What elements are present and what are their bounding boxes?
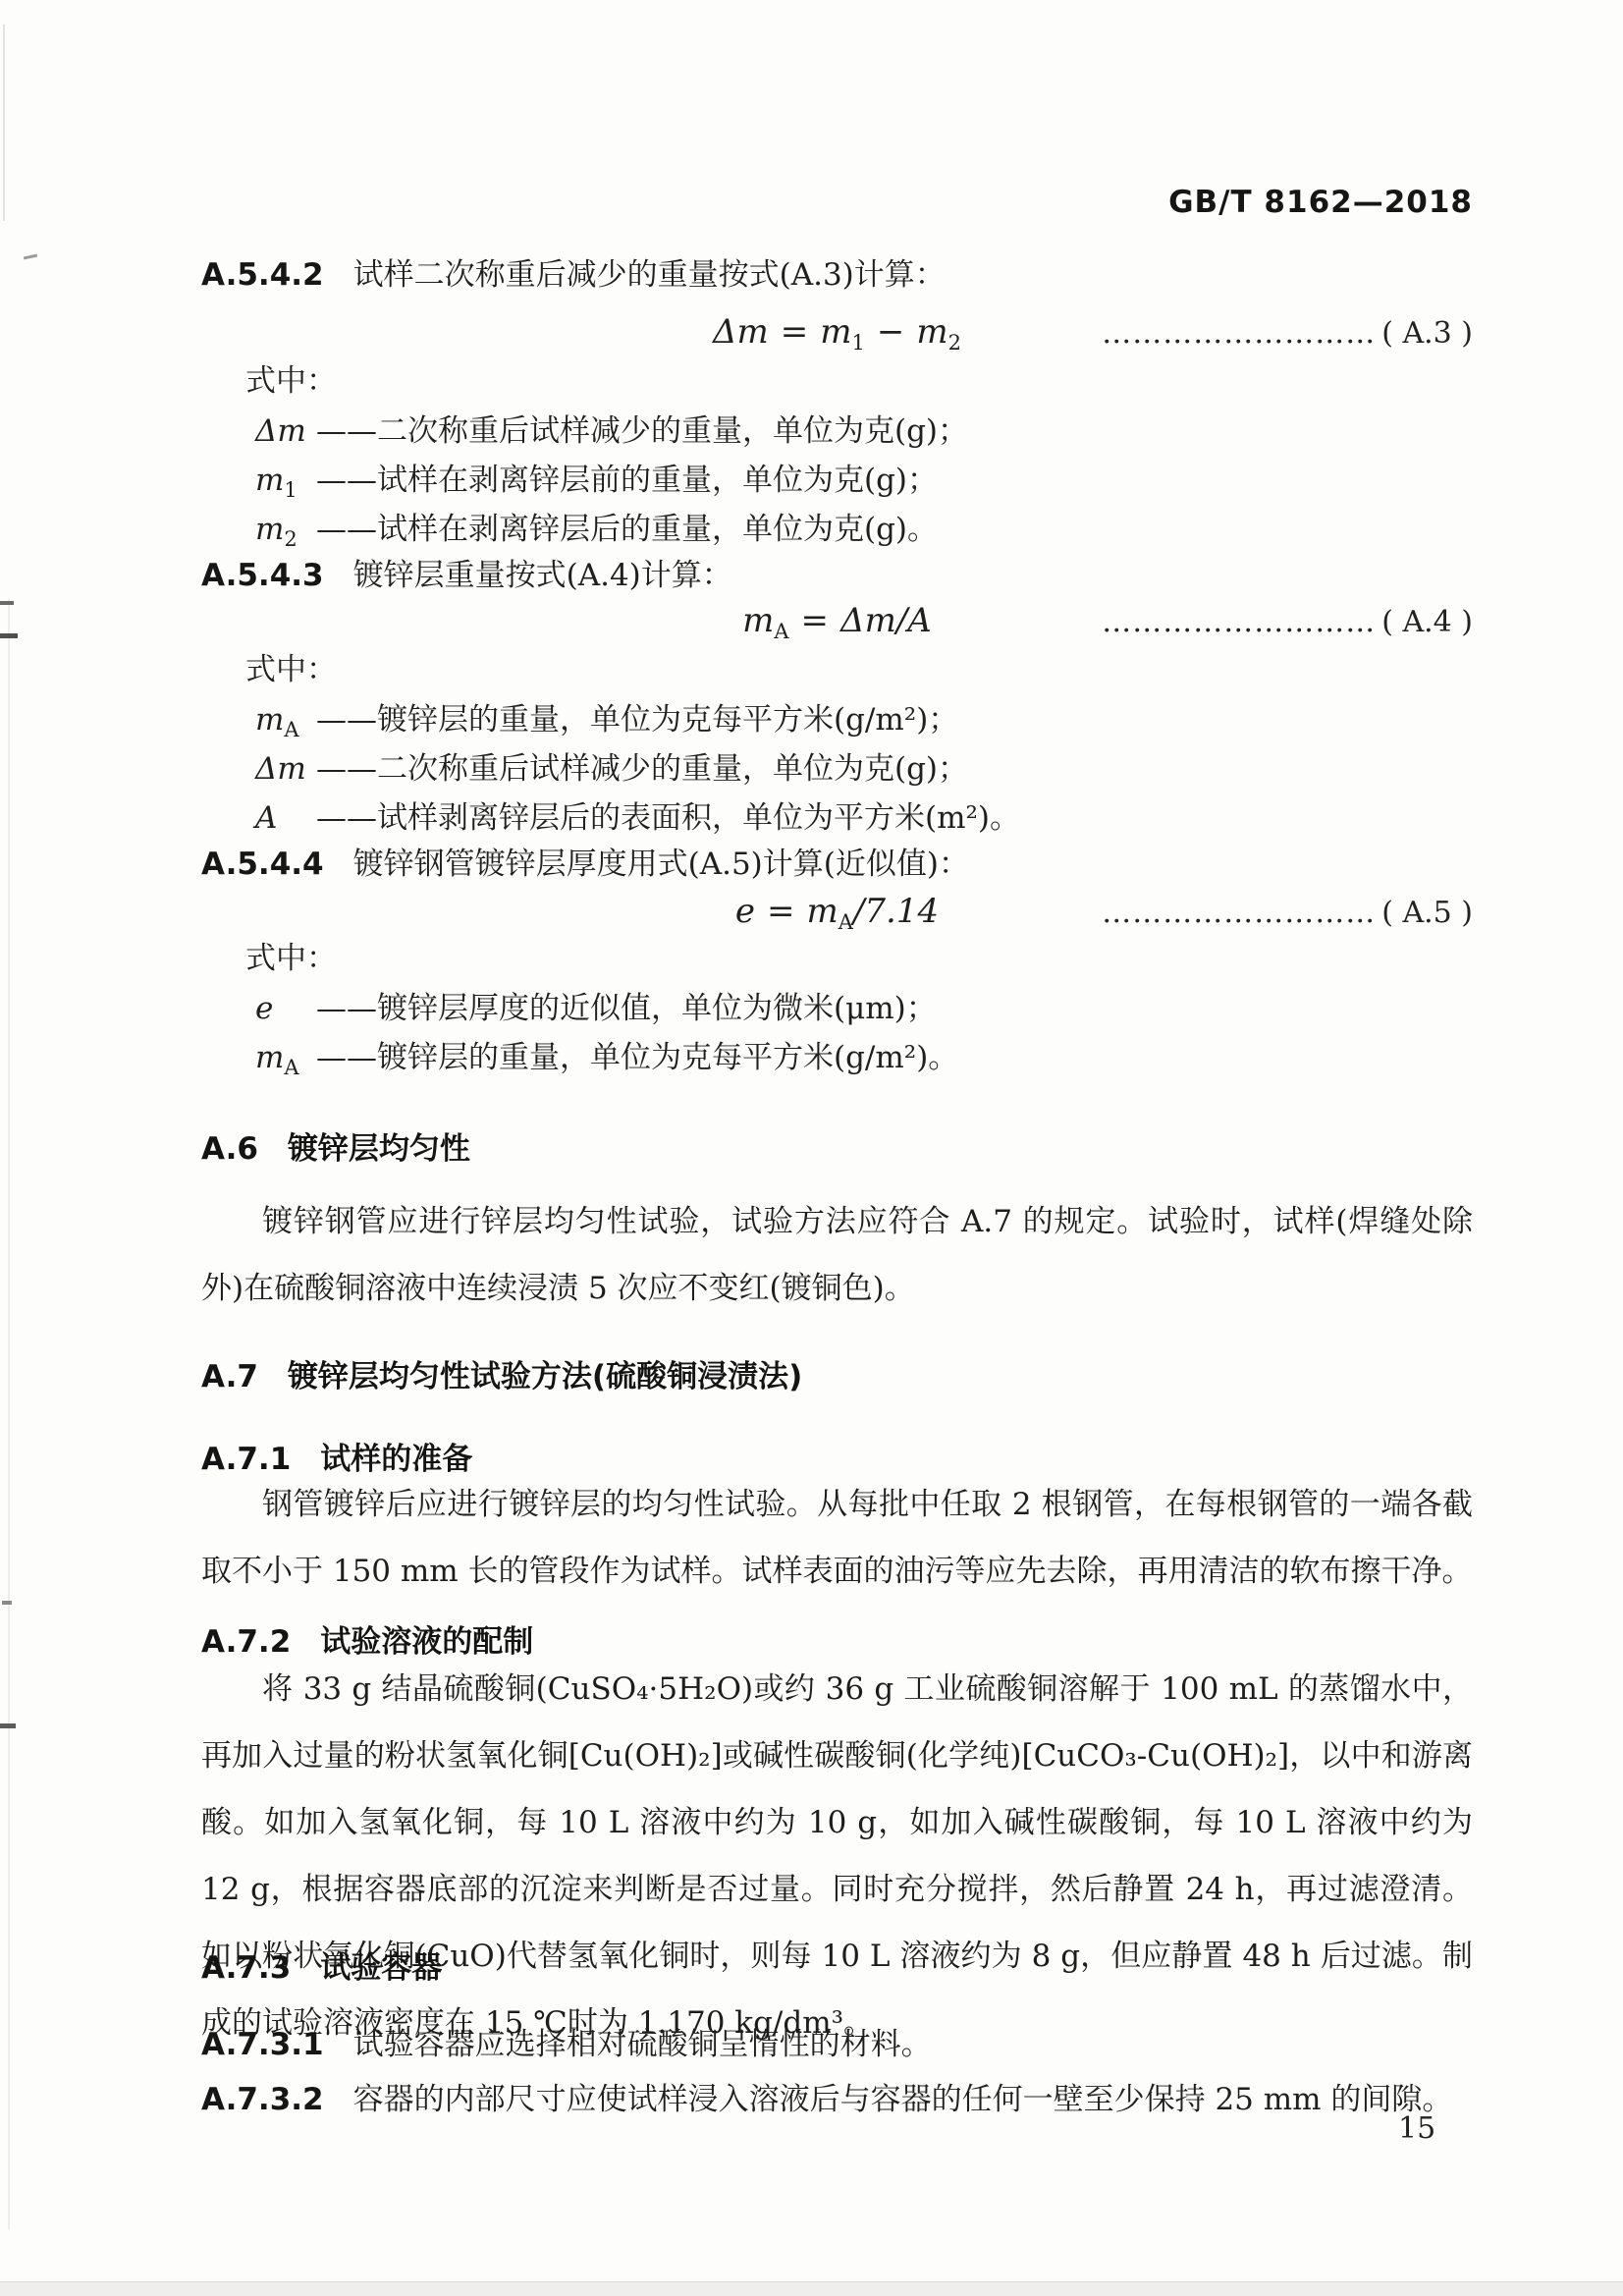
equals-sign: =: [767, 892, 795, 931]
definition-row: Δm ——二次称重后试样减少的重量，单位为克(g)；: [201, 407, 1473, 456]
heading-a72-number: A.7.2: [201, 1624, 291, 1660]
definition-row: e ——镀锌层厚度的近似值，单位为微米(μm)；: [201, 984, 1473, 1033]
definition-symbol: m2: [255, 505, 316, 554]
where-label: 式中：: [201, 648, 1473, 691]
definition-row: Δm ——二次称重后试样减少的重量，单位为克(g)；: [201, 744, 1473, 793]
heading-a6: A.6镀锌层均匀性: [201, 1127, 1473, 1171]
minus-sign: −: [877, 312, 905, 352]
definition-symbol: mA: [255, 1033, 316, 1082]
clause-a542-text: 试样二次称重后减少的重量按式(A.3)计算：: [353, 257, 946, 293]
definition-symbol: m1: [255, 456, 316, 505]
formula-a4-expression: mA=Δm/A: [742, 595, 932, 646]
definition-description: ——二次称重后试样减少的重量，单位为克(g)；: [316, 407, 1473, 456]
definition-description: ——镀锌层的重量，单位为克每平方米(g/m²)。: [316, 1033, 1473, 1082]
heading-a6-title: 镀锌层均匀性: [288, 1131, 470, 1167]
definition-row: m2 ——试样在剥离锌层后的重量，单位为克(g)。: [201, 505, 1473, 554]
dot-leader: ………………………: [1102, 605, 1376, 639]
formula-a3-reference: ………………………( A.3 ): [1102, 316, 1473, 352]
formula-a5-reference: ………………………( A.5 ): [1102, 896, 1473, 931]
heading-a72-title: 试验溶液的配制: [320, 1624, 533, 1660]
definition-description: ——试样在剥离锌层后的重量，单位为克(g)。: [316, 505, 1473, 554]
clause-a731-text: 试验容器应选择相对硫酸铜呈惰性的材料。: [353, 2027, 932, 2062]
paragraph-a72: 将 33 g 结晶硫酸铜(CuSO₄·5H₂O)或约 36 g 工业硫酸铜溶解于…: [201, 1656, 1473, 2056]
clause-a543-number: A.5.4.3: [201, 558, 324, 593]
formula-a3-term: m: [820, 312, 851, 352]
clause-a543: A.5.4.3镀锌层重量按式(A.4)计算：: [201, 554, 1473, 597]
clause-a731-number: A.7.3.1: [201, 2027, 324, 2062]
scan-artifact-dash: [0, 1723, 16, 1728]
formula-a3: Δm=m1−m2 ………………………( A.3 ): [201, 306, 1473, 357]
formula-a5-expression: e=mA/7.14: [735, 886, 939, 937]
definition-description: ——镀锌层厚度的近似值，单位为微米(μm)；: [316, 984, 1473, 1033]
subscript: A: [774, 620, 788, 643]
definition-row: mA ——镀锌层的重量，单位为克每平方米(g/m²)；: [201, 695, 1473, 744]
page-content: A.5.4.2试样二次称重后减少的重量按式(A.3)计算： Δm=m1−m2 ……: [201, 0, 1473, 2296]
formula-a3-expression: Δm=m1−m2: [713, 306, 961, 357]
formula-a5-term: /7.14: [853, 892, 939, 931]
equals-sign: =: [781, 312, 809, 352]
clause-a732-number: A.7.3.2: [201, 2082, 324, 2117]
clause-a542: A.5.4.2试样二次称重后减少的重量按式(A.3)计算：: [201, 253, 1473, 297]
definitions-a5: e ——镀锌层厚度的近似值，单位为微米(μm)； mA ——镀锌层的重量，单位为…: [201, 984, 1473, 1082]
clause-a731: A.7.3.1试验容器应选择相对硫酸铜呈惰性的材料。: [201, 2023, 1473, 2066]
definition-symbol: Δm: [255, 407, 316, 456]
heading-a73-title: 试验容器: [320, 1950, 442, 1986]
scan-artifact-dash: [0, 633, 18, 638]
definition-symbol: e: [255, 984, 316, 1033]
definition-description: ——二次称重后试样减少的重量，单位为克(g)；: [316, 744, 1473, 793]
formula-a3-label: ( A.3 ): [1381, 316, 1473, 351]
definition-row: A ——试样剥离锌层后的表面积，单位为平方米(m²)。: [201, 793, 1473, 843]
definitions-a4: mA ——镀锌层的重量，单位为克每平方米(g/m²)； Δm ——二次称重后试样…: [201, 695, 1473, 843]
subscript: 1: [852, 331, 865, 355]
clause-a544-text: 镀锌钢管镀锌层厚度用式(A.5)计算(近似值)：: [353, 847, 969, 882]
scan-artifact-edge-line: [8, 599, 10, 2229]
subscript: 2: [948, 331, 961, 355]
definition-description: ——试样在剥离锌层前的重量，单位为克(g)；: [316, 456, 1473, 505]
paragraph-a6: 镀锌钢管应进行锌层均匀性试验，试验方法应符合 A.7 的规定。试验时，试样(焊缝…: [201, 1188, 1473, 1322]
definition-description: ——镀锌层的重量，单位为克每平方米(g/m²)；: [316, 695, 1473, 744]
dot-leader: ………………………: [1102, 896, 1376, 930]
clause-a544-number: A.5.4.4: [201, 847, 324, 882]
heading-a7-number: A.7: [201, 1359, 258, 1394]
heading-a73: A.7.3试验容器: [201, 1946, 1473, 1990]
definition-symbol: mA: [255, 695, 316, 744]
formula-a5-term: e: [735, 892, 755, 931]
heading-a6-number: A.6: [201, 1131, 258, 1167]
definition-row: m1 ——试样在剥离锌层前的重量，单位为克(g)；: [201, 456, 1473, 505]
page-number: 15: [1398, 2111, 1435, 2146]
heading-a73-number: A.7.3: [201, 1950, 291, 1986]
formula-a5-label: ( A.5 ): [1381, 896, 1473, 930]
where-label: 式中：: [201, 937, 1473, 980]
subscript: A: [839, 910, 853, 934]
formula-a4: mA=Δm/A ………………………( A.4 ): [201, 595, 1473, 646]
clause-a544: A.5.4.4镀锌钢管镀锌层厚度用式(A.5)计算(近似值)：: [201, 843, 1473, 886]
clause-a542-number: A.5.4.2: [201, 257, 324, 293]
heading-a7-title: 镀锌层均匀性试验方法(硫酸铜浸渍法): [288, 1359, 802, 1394]
clause-a543-text: 镀锌层重量按式(A.4)计算：: [353, 558, 732, 593]
formula-a5-term: m: [807, 892, 839, 931]
scan-artifact-edge-line: [3, 25, 5, 221]
definition-description: ——试样剥离锌层后的表面积，单位为平方米(m²)。: [316, 793, 1473, 843]
formula-a3-term: Δm: [713, 312, 769, 352]
formula-a3-term: m: [916, 312, 947, 352]
definition-symbol: A: [255, 793, 316, 843]
formula-a5: e=mA/7.14 ………………………( A.5 ): [201, 886, 1473, 937]
dot-leader: ………………………: [1102, 316, 1376, 351]
document-page: GB/T 8162—2018 A.5.4.2试样二次称重后减少的重量按式(A.3…: [0, 0, 1623, 2296]
equals-sign: =: [801, 601, 830, 640]
clause-a732: A.7.3.2容器的内部尺寸应使试样浸入溶液后与容器的任何一壁至少保持 25 m…: [201, 2078, 1473, 2121]
clause-a732-text: 容器的内部尺寸应使试样浸入溶液后与容器的任何一壁至少保持 25 mm 的间隙。: [353, 2082, 1453, 2117]
heading-a7: A.7镀锌层均匀性试验方法(硫酸铜浸渍法): [201, 1355, 1473, 1398]
formula-a4-label: ( A.4 ): [1381, 605, 1473, 639]
definition-symbol: Δm: [255, 744, 316, 793]
scan-artifact-dash: [0, 601, 14, 605]
definitions-a3: Δm ——二次称重后试样减少的重量，单位为克(g)； m1 ——试样在剥离锌层前…: [201, 407, 1473, 554]
formula-a4-term: Δm/A: [840, 601, 932, 640]
definition-row: mA ——镀锌层的重量，单位为克每平方米(g/m²)。: [201, 1033, 1473, 1082]
paragraph-a71: 钢管镀锌后应进行镀锌层的均匀性试验。从每批中任取 2 根钢管，在每根钢管的一端各…: [201, 1471, 1473, 1605]
scan-artifact-dash: [2, 1601, 12, 1605]
formula-a4-term: m: [742, 601, 774, 640]
formula-a4-reference: ………………………( A.4 ): [1102, 605, 1473, 640]
scan-artifact-tick: [24, 254, 37, 260]
where-label: 式中：: [201, 359, 1473, 403]
